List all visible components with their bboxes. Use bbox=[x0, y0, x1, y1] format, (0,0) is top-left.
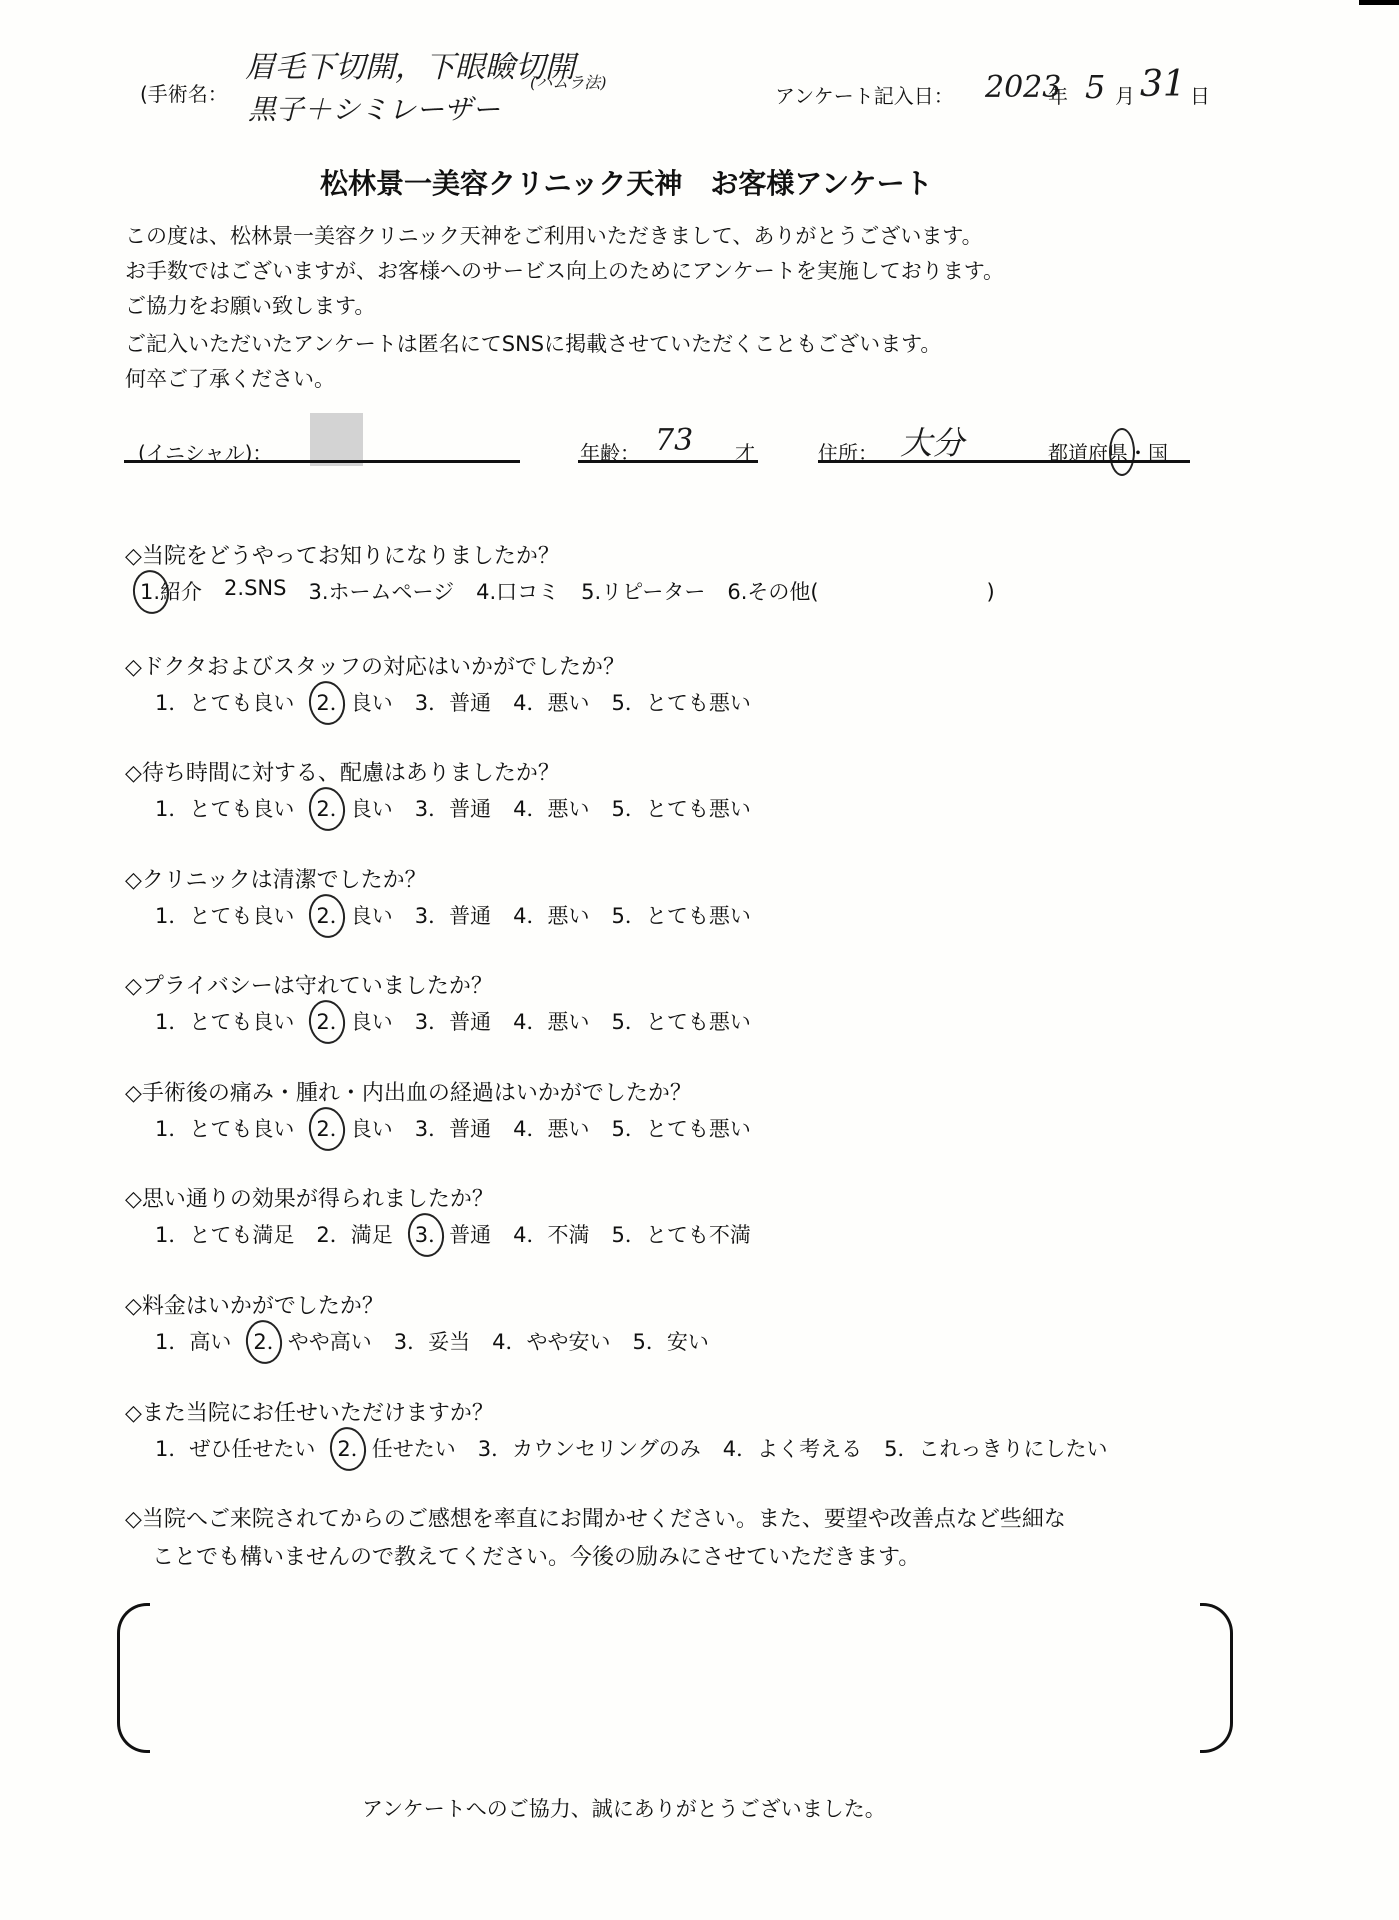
question-title-8: ◇料金はいかがでしたか？ bbox=[125, 1289, 384, 1320]
question-options-5: 1．とても良い2．良い3．普通4．悪い5．とても悪い bbox=[155, 1006, 773, 1036]
option-label: 1．とても満足 bbox=[155, 1219, 294, 1249]
procedure-line1: 眉毛下切開，下眼瞼切開 bbox=[245, 42, 575, 86]
feedback-textarea[interactable] bbox=[150, 1610, 1190, 1740]
option-label: 3．普通 bbox=[415, 793, 491, 823]
option-label: 5.リピーター bbox=[581, 576, 705, 606]
option-label: 2．良い bbox=[316, 687, 392, 717]
intro-line-5: 何卒ご了承ください。 bbox=[125, 363, 335, 393]
option-label: 3．普通 bbox=[415, 1113, 491, 1143]
option-label: 3．普通 bbox=[415, 900, 491, 930]
feedback-bracket-right bbox=[1200, 1603, 1233, 1753]
option-q7-2[interactable]: 2．満足 bbox=[316, 1219, 392, 1249]
option-label: 2．良い bbox=[316, 1113, 392, 1143]
footer-thanks: アンケートへのご協力、誠にありがとうございました。 bbox=[362, 1793, 886, 1823]
option-q1-6[interactable]: 6.その他( ) bbox=[727, 576, 994, 606]
option-label: 2．満足 bbox=[316, 1219, 392, 1249]
address-field[interactable]: 大分 bbox=[900, 418, 964, 464]
question-title-6: ◇手術後の痛み・腫れ・内出血の経過はいかがでしたか？ bbox=[125, 1076, 692, 1107]
option-q6-5[interactable]: 5．とても悪い bbox=[612, 1113, 751, 1143]
option-label: 5．とても不満 bbox=[612, 1219, 751, 1249]
option-q4-1[interactable]: 1．とても良い bbox=[155, 900, 294, 930]
option-label: 1．とても良い bbox=[155, 900, 294, 930]
option-label: 4．悪い bbox=[513, 793, 589, 823]
option-label: 3．普通 bbox=[415, 1219, 491, 1249]
option-label: 1．とても良い bbox=[155, 687, 294, 717]
option-q9-2-selected[interactable]: 2．任せたい bbox=[337, 1433, 455, 1463]
question-title-1: ◇当院をどうやってお知りになりましたか？ bbox=[125, 539, 560, 570]
procedure-label: (手術名： bbox=[140, 78, 228, 107]
date-day: 31 bbox=[1140, 64, 1186, 105]
option-q3-3[interactable]: 3．普通 bbox=[415, 793, 491, 823]
option-label: 2．やや高い bbox=[253, 1326, 371, 1356]
option-q3-1[interactable]: 1．とても良い bbox=[155, 793, 294, 823]
option-label: 5．とても悪い bbox=[612, 1006, 751, 1036]
option-label: 1．とても良い bbox=[155, 1113, 294, 1143]
option-q3-5[interactable]: 5．とても悪い bbox=[612, 793, 751, 823]
option-q4-3[interactable]: 3．普通 bbox=[415, 900, 491, 930]
option-q8-4[interactable]: 4．やや安い bbox=[492, 1326, 610, 1356]
option-label: 4．不満 bbox=[513, 1219, 589, 1249]
option-q8-2-selected[interactable]: 2．やや高い bbox=[253, 1326, 371, 1356]
option-q4-2-selected[interactable]: 2．良い bbox=[316, 900, 392, 930]
option-q5-5[interactable]: 5．とても悪い bbox=[612, 1006, 751, 1036]
option-label: 4．悪い bbox=[513, 1006, 589, 1036]
option-q9-5[interactable]: 5．これっきりにしたい bbox=[884, 1433, 1107, 1463]
option-label: 3．普通 bbox=[415, 1006, 491, 1036]
option-q5-2-selected[interactable]: 2．良い bbox=[316, 1006, 392, 1036]
option-q9-4[interactable]: 4．よく考える bbox=[723, 1433, 862, 1463]
option-q6-2-selected[interactable]: 2．良い bbox=[316, 1113, 392, 1143]
option-label: 4．やや安い bbox=[492, 1326, 610, 1356]
question-options-8: 1．高い2．やや高い3．妥当4．やや安い5．安い bbox=[155, 1326, 731, 1356]
option-label: 4．悪い bbox=[513, 687, 589, 717]
option-label: 2.SNS bbox=[224, 576, 286, 600]
intro-line-2: お手数ではございますが、お客様へのサービス向上のためにアンケートを実施しておりま… bbox=[125, 255, 1004, 285]
option-q9-3[interactable]: 3．カウンセリングのみ bbox=[478, 1433, 701, 1463]
option-label: 1．高い bbox=[155, 1326, 231, 1356]
option-label: 3．普通 bbox=[415, 687, 491, 717]
option-q1-4[interactable]: 4.口コミ bbox=[476, 576, 559, 606]
option-label: 1．とても良い bbox=[155, 793, 294, 823]
question-options-2: 1．とても良い2．良い3．普通4．悪い5．とても悪い bbox=[155, 687, 773, 717]
option-q5-4[interactable]: 4．悪い bbox=[513, 1006, 589, 1036]
question-options-1: 1.紹介2.SNS3.ホームページ4.口コミ5.リピーター6.その他( ) bbox=[140, 576, 1017, 606]
age-field[interactable]: 73 bbox=[655, 423, 693, 458]
date-label: アンケート記入日： bbox=[775, 80, 954, 109]
option-q7-4[interactable]: 4．不満 bbox=[513, 1219, 589, 1249]
option-label: 5．これっきりにしたい bbox=[884, 1433, 1107, 1463]
option-label: 3．カウンセリングのみ bbox=[478, 1433, 701, 1463]
question-title-4: ◇クリニックは清潔でしたか？ bbox=[125, 863, 427, 894]
intro-line-1: この度は、松林景一美容クリニック天神をご利用いただきまして、ありがとうございます… bbox=[125, 220, 983, 250]
prefecture-selected-circle bbox=[1109, 428, 1135, 476]
option-q9-1[interactable]: 1．ぜひ任せたい bbox=[155, 1433, 315, 1463]
age-underline bbox=[578, 460, 758, 463]
feedback-bracket-left bbox=[117, 1603, 150, 1753]
option-label: 5．安い bbox=[633, 1326, 709, 1356]
option-q7-1[interactable]: 1．とても満足 bbox=[155, 1219, 294, 1249]
question-title-5: ◇プライバシーは守れていましたか？ bbox=[125, 969, 493, 1000]
option-q8-1[interactable]: 1．高い bbox=[155, 1326, 231, 1356]
option-q6-3[interactable]: 3．普通 bbox=[415, 1113, 491, 1143]
option-label: 3.ホームページ bbox=[308, 576, 454, 606]
option-label: 2．良い bbox=[316, 900, 392, 930]
feedback-prompt-line1: ◇当院へご来院されてからのご感想を率直にお聞かせください。また、要望や改善点など… bbox=[125, 1502, 1066, 1533]
option-label: 4．悪い bbox=[513, 900, 589, 930]
initials-redaction bbox=[310, 413, 363, 466]
address-underline bbox=[818, 460, 1190, 463]
intro-line-3: ご協力をお願い致します。 bbox=[125, 290, 375, 320]
option-q3-4[interactable]: 4．悪い bbox=[513, 793, 589, 823]
option-q5-3[interactable]: 3．普通 bbox=[415, 1006, 491, 1036]
option-q1-1-selected[interactable]: 1.紹介 bbox=[140, 576, 202, 606]
option-q1-2[interactable]: 2.SNS bbox=[224, 576, 286, 606]
option-label: 2．良い bbox=[316, 1006, 392, 1036]
option-q6-4[interactable]: 4．悪い bbox=[513, 1113, 589, 1143]
option-q2-2-selected[interactable]: 2．良い bbox=[316, 687, 392, 717]
question-title-3: ◇待ち時間に対する、配慮はありましたか？ bbox=[125, 756, 560, 787]
intro-line-4: ご記入いただいたアンケートは匿名にてSNSに掲載させていただくこともございます。 bbox=[125, 328, 941, 358]
option-q2-3[interactable]: 3．普通 bbox=[415, 687, 491, 717]
feedback-prompt-line2: ことでも構いませんので教えてください。今後の励みにさせていただきます。 bbox=[152, 1540, 920, 1571]
option-q1-5[interactable]: 5.リピーター bbox=[581, 576, 705, 606]
question-title-2: ◇ドクタおよびスタッフの対応はいかがでしたか？ bbox=[125, 650, 625, 681]
question-title-9: ◇また当院にお任せいただけますか？ bbox=[125, 1396, 494, 1427]
option-q6-1[interactable]: 1．とても良い bbox=[155, 1113, 294, 1143]
procedure-line2: 黒子＋シミレーザー bbox=[248, 88, 500, 128]
option-q7-5[interactable]: 5．とても不満 bbox=[612, 1219, 751, 1249]
option-q8-3[interactable]: 3．妥当 bbox=[394, 1326, 470, 1356]
option-label: 4．よく考える bbox=[723, 1433, 862, 1463]
option-q1-3[interactable]: 3.ホームページ bbox=[308, 576, 454, 606]
question-options-6: 1．とても良い2．良い3．普通4．悪い5．とても悪い bbox=[155, 1113, 773, 1143]
date-month: 5 bbox=[1085, 68, 1105, 106]
option-q2-1[interactable]: 1．とても良い bbox=[155, 687, 294, 717]
question-options-7: 1．とても満足2．満足3．普通4．不満5．とても不満 bbox=[155, 1219, 773, 1249]
option-q5-1[interactable]: 1．とても良い bbox=[155, 1006, 294, 1036]
page-title: 松林景一美容クリニック天神 お客様アンケート bbox=[320, 162, 933, 202]
procedure-note: (ハムラ法) bbox=[530, 70, 607, 93]
day-unit: 日 bbox=[1190, 80, 1210, 109]
option-q2-4[interactable]: 4．悪い bbox=[513, 687, 589, 717]
option-q4-5[interactable]: 5．とても悪い bbox=[612, 900, 751, 930]
option-label: 6.その他( ) bbox=[727, 576, 994, 606]
question-options-4: 1．とても良い2．良い3．普通4．悪い5．とても悪い bbox=[155, 900, 773, 930]
scan-edge-mark bbox=[1359, 0, 1399, 5]
option-label: 4.口コミ bbox=[476, 576, 559, 606]
option-label: 4．悪い bbox=[513, 1113, 589, 1143]
option-label: 2．任せたい bbox=[337, 1433, 455, 1463]
month-unit: 月 bbox=[1115, 80, 1135, 109]
option-label: 5．とても悪い bbox=[612, 793, 751, 823]
option-q4-4[interactable]: 4．悪い bbox=[513, 900, 589, 930]
initials-underline bbox=[124, 460, 520, 463]
option-label: 2．良い bbox=[316, 793, 392, 823]
option-q2-5[interactable]: 5．とても悪い bbox=[612, 687, 751, 717]
question-options-9: 1．ぜひ任せたい2．任せたい3．カウンセリングのみ4．よく考える5．これっきりに… bbox=[155, 1433, 1129, 1463]
option-label: 1．とても良い bbox=[155, 1006, 294, 1036]
option-q8-5[interactable]: 5．安い bbox=[633, 1326, 709, 1356]
question-title-7: ◇思い通りの効果が得られましたか？ bbox=[125, 1182, 494, 1213]
option-label: 5．とても悪い bbox=[612, 1113, 751, 1143]
option-q7-3-selected[interactable]: 3．普通 bbox=[415, 1219, 491, 1249]
question-options-3: 1．とても良い2．良い3．普通4．悪い5．とても悪い bbox=[155, 793, 773, 823]
option-label: 1．ぜひ任せたい bbox=[155, 1433, 315, 1463]
year-unit: 年 bbox=[1048, 80, 1068, 109]
option-label: 1.紹介 bbox=[140, 576, 202, 606]
option-label: 3．妥当 bbox=[394, 1326, 470, 1356]
option-q3-2-selected[interactable]: 2．良い bbox=[316, 793, 392, 823]
option-label: 5．とても悪い bbox=[612, 687, 751, 717]
option-label: 5．とても悪い bbox=[612, 900, 751, 930]
